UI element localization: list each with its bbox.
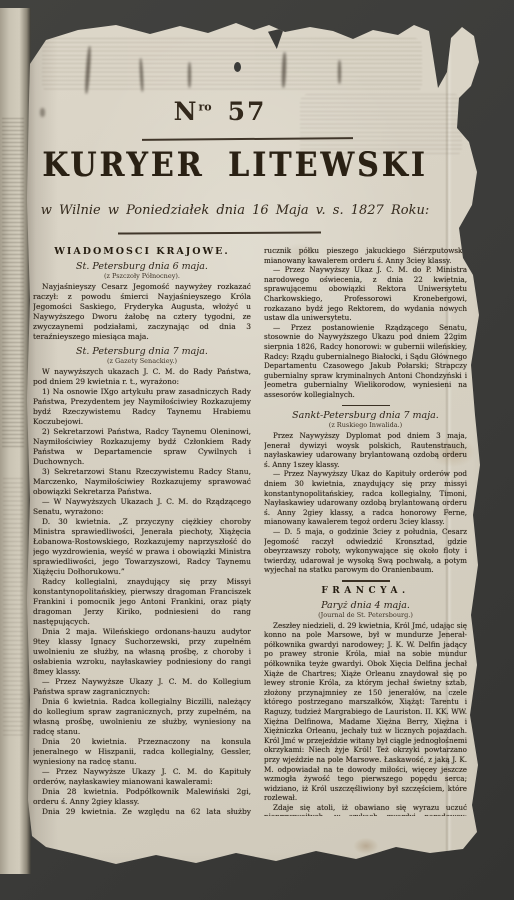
article-paragraph: Zdaje się atoli, iż obawiano się wyrazu … (264, 803, 467, 816)
column-right: rucznik półku pieszego jakuckiego Siérzp… (264, 246, 467, 816)
issue-number-value: 57 (228, 97, 267, 126)
article-paragraph: rucznik półku pieszego jakuckiego Siérzp… (264, 246, 467, 265)
article-paragraph: — Przez Naywyższy Ukaz do Kapituły order… (264, 469, 467, 527)
article-paragraph: — Przez postanowienie Rządzącego Senatu,… (264, 323, 467, 400)
issue-number-letter: N (174, 97, 199, 126)
newspaper-title: KURYER LITEWSKI (26, 146, 444, 185)
section-divider (342, 580, 390, 582)
article-paragraph: — Przez Naywyższy Ukaz J. C. M. do P. Mi… (264, 265, 467, 323)
section-divider (342, 405, 390, 407)
source-note: (z Ruskiego Inwalida.) (264, 421, 467, 429)
scan-background: { "colors": { "background": "#3b3b39", "… (0, 0, 514, 900)
article-paragraph: Dnia 28 kwietnia. Podpółkownik Malewińsk… (33, 787, 251, 807)
article-paragraph: — D. 5 maja, o godzinie 3ciey z południa… (264, 527, 467, 575)
article-paragraph: Dnia 6 kwietnia. Radca kollegialny Biczi… (33, 697, 251, 737)
article-paragraph: 1) Na osnowie IXgo artykułu praw zasadni… (33, 387, 251, 427)
article-paragraph: 2) Sekretarzowi Państwa, Radcy Taynemu O… (33, 427, 251, 467)
edition-dateline: w Wilnie w Poniedziałek dnia 16 Maja v. … (26, 203, 444, 218)
article-paragraph: — W Naywyższych Ukazach J. C. M. do Rząd… (33, 497, 251, 517)
article-paragraph: — Przez Naywyższe Ukazy J. C. M. do Koll… (33, 677, 251, 697)
column-left: WIADOMOŚCI KRAJOWE. St. Petersburg dnia … (33, 246, 251, 816)
source-note: (Journal de St. Petersbourg.) (264, 611, 467, 619)
source-note: (z Pszczoły Północney). (33, 272, 251, 280)
dateline-paryz-4-maja: Paryż dnia 4 maja. (264, 600, 467, 611)
source-note: (z Gazety Senackiey.) (33, 357, 251, 365)
section-header-wiadomosci-krajowe: WIADOMOŚCI KRAJOWE. (33, 246, 251, 257)
issue-number: Nro57 (120, 97, 320, 126)
issue-number-superscript: ro (198, 101, 211, 114)
article-paragraph: Nayjaśnieyszy Cesarz Jegomość naywyżey r… (33, 282, 251, 342)
article-paragraph: — Przez Naywyższe Ukazy J. C. M. do Kapi… (33, 767, 251, 787)
article-paragraph: Dnia 2 maja. Wileńskiego ordonans-hauzu … (33, 627, 251, 677)
article-paragraph: Radcy kollegialni, znaydujący się przy M… (33, 577, 251, 627)
newspaper-page: Nro57 KURYER LITEWSKI w Wilnie w Poniedz… (0, 0, 514, 900)
bleedthrough-text (42, 38, 422, 92)
article-paragraph: Dnia 20 kwietnia. Przeznaczony na konsul… (33, 737, 251, 767)
article-paragraph: W naywyższych ukazach J. C. M. do Rady P… (33, 367, 251, 387)
masthead-rule-bottom (118, 231, 321, 234)
dateline-sankt-petersburg-7-maja: Sankt-Petersburg dnia 7 maja. (264, 410, 467, 421)
dateline-petersburg-7-maja: St. Petersburg dnia 7 maja. (33, 346, 251, 357)
adjacent-page-edge (0, 8, 31, 874)
ink-smudge (338, 60, 341, 84)
ink-smudge (40, 108, 45, 117)
article-paragraph: 3) Sekretarzowi Stanu Rzeczywistemu Radc… (33, 467, 251, 497)
dateline-petersburg-6-maja: St. Petersburg dnia 6 maja. (33, 261, 251, 272)
paper-hole (234, 62, 241, 72)
adjacent-page-text-fragment (2, 118, 24, 448)
article-paragraph: Dnia 29 kwietnia. Ze względu na 62 lata … (33, 807, 251, 816)
section-header-francya: FRANCYA. (264, 586, 467, 596)
article-paragraph: D. 30 kwietnia. „Z przyczyny ciężkiey ch… (33, 517, 251, 577)
adjacent-page-text-fragment (3, 478, 23, 738)
ink-smudge (188, 62, 191, 88)
article-paragraph: Przez Naywyższy Dyplomat pod dniem 3 maj… (264, 431, 467, 469)
article-paragraph: Zeszłey niedzieli, d. 29 kwietnia, Król … (264, 621, 467, 803)
article-columns: WIADOMOŚCI KRAJOWE. St. Petersburg dnia … (33, 246, 467, 816)
